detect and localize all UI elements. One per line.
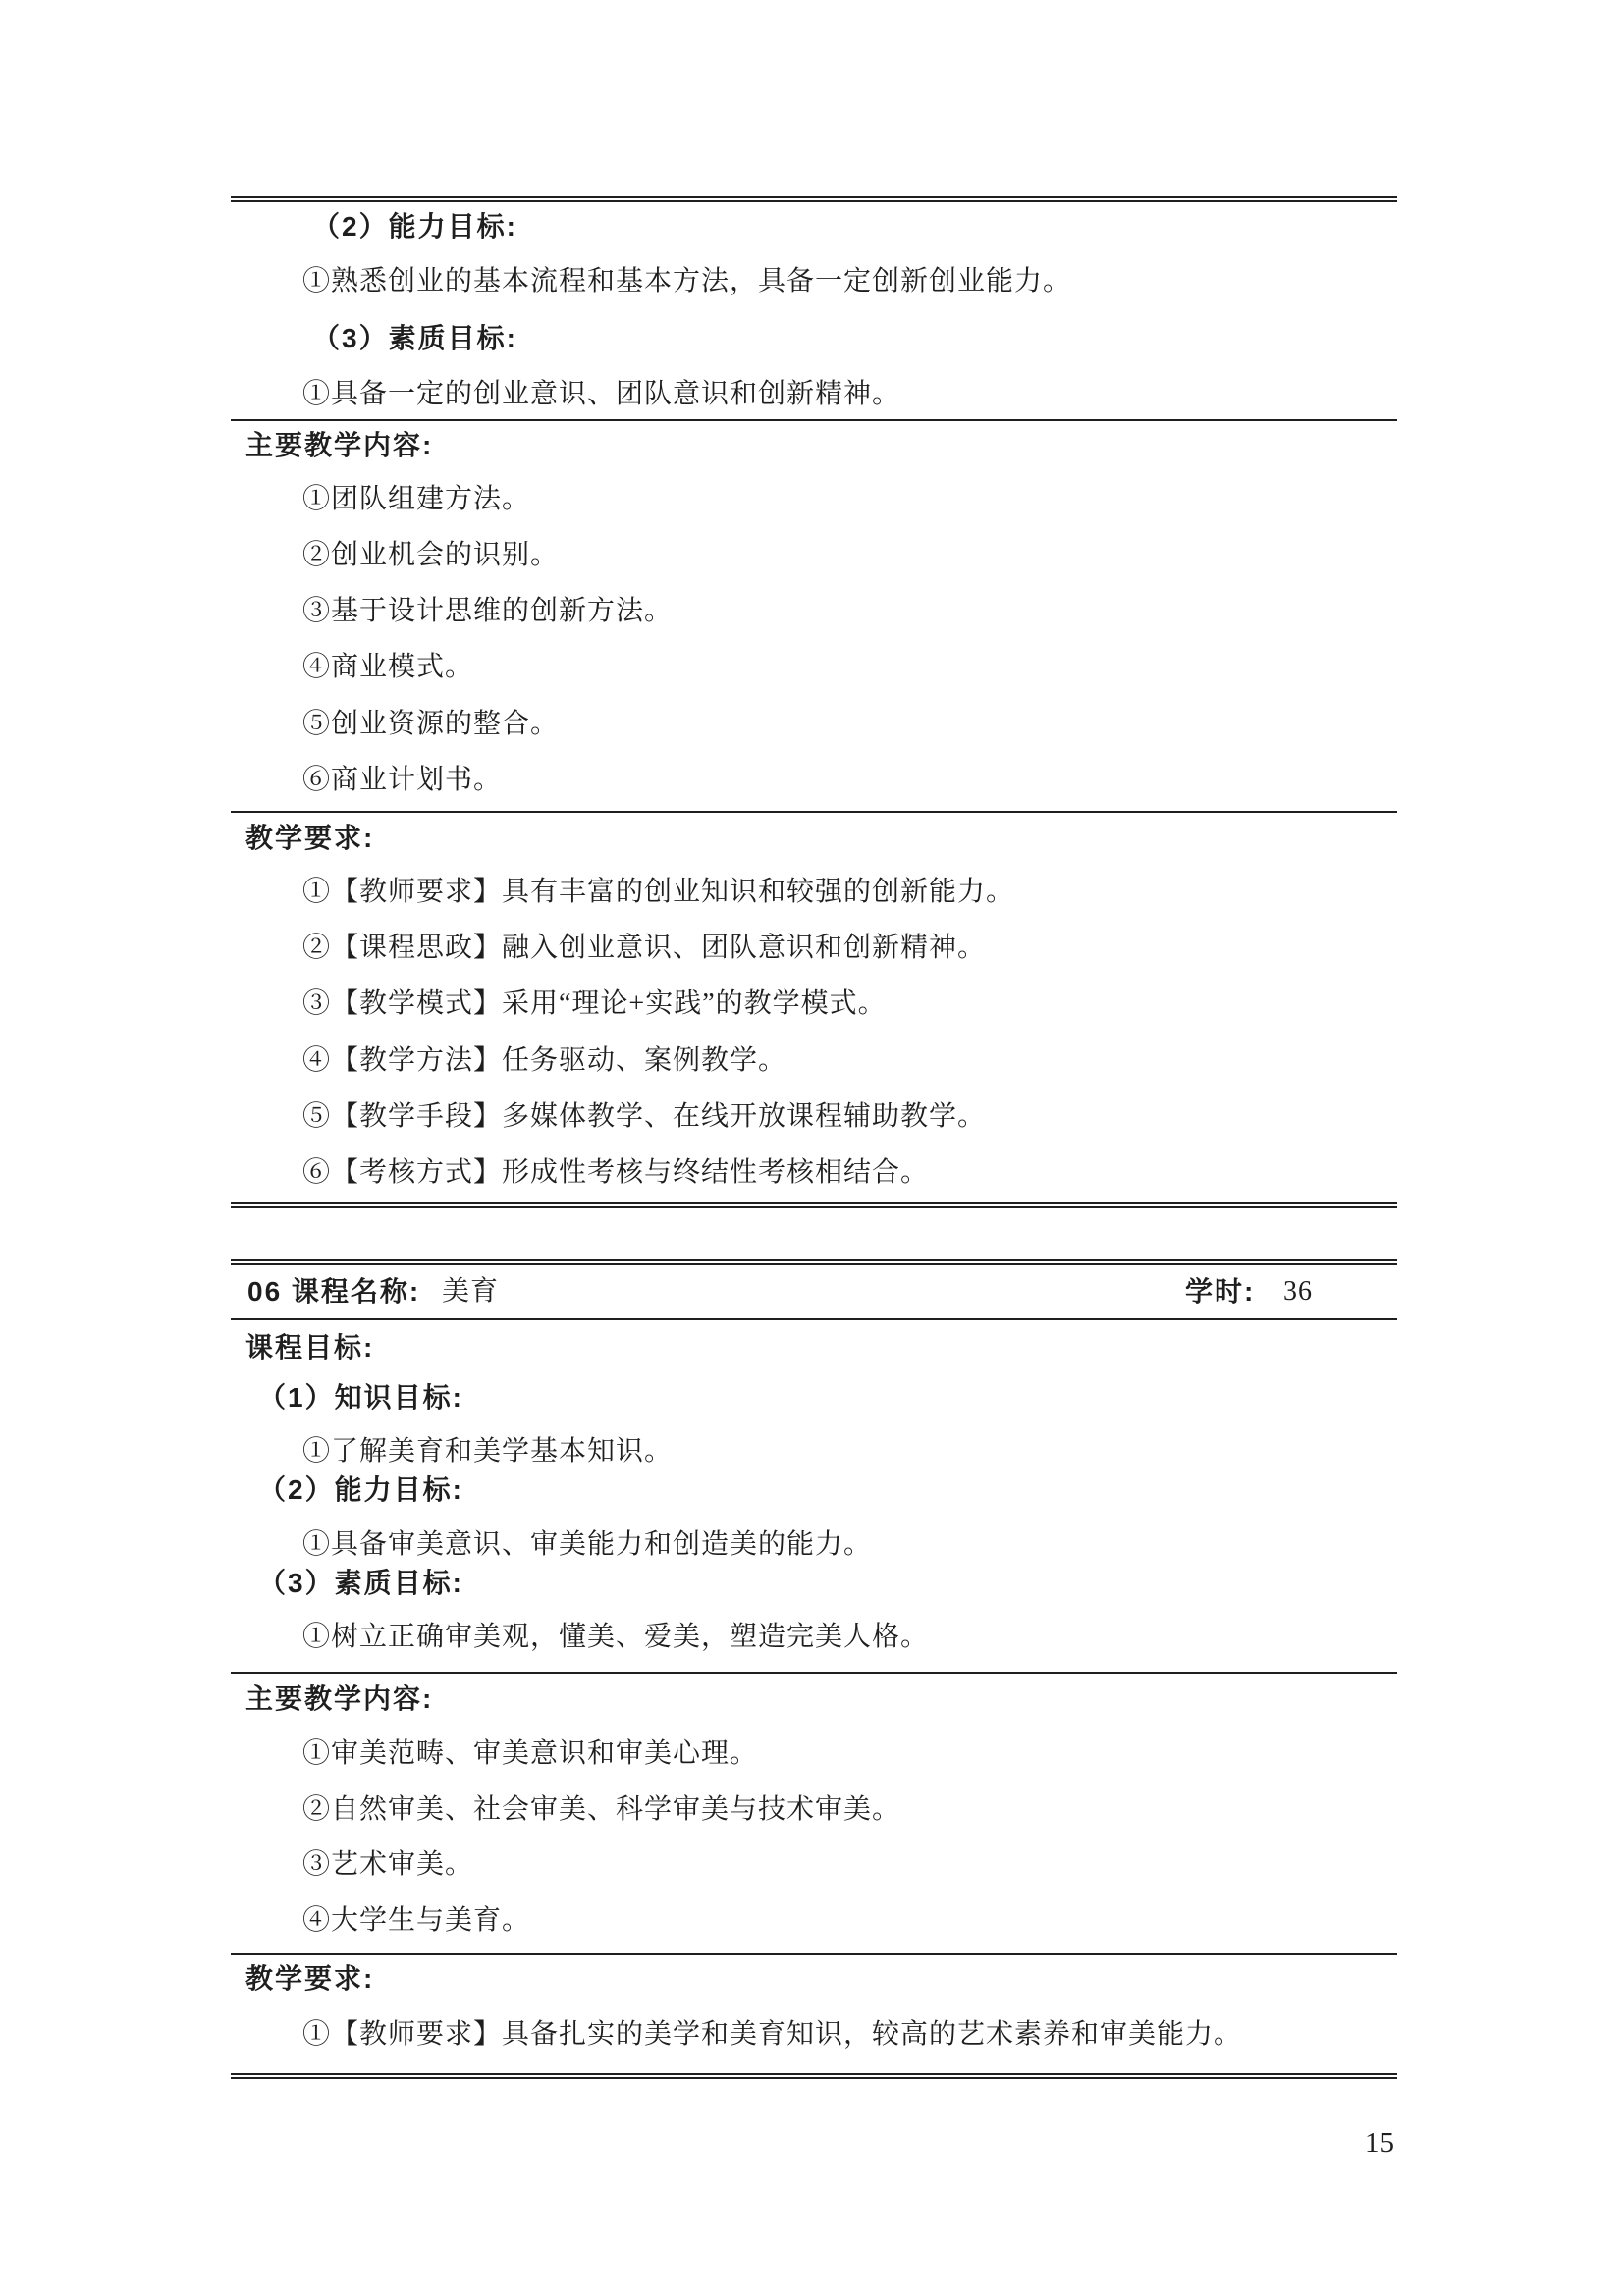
course-name-value: 美育 bbox=[442, 1265, 499, 1318]
teaching-requirement-item: ①【教师要求】具备扎实的美学和美育知识，较高的艺术素养和审美能力。 bbox=[231, 2018, 1397, 2052]
ability-goal-item: ①具备审美意识、审美能力和创造美的能力。 bbox=[231, 1528, 1397, 1562]
knowledge-goals-subheader: （1）知识目标: bbox=[231, 1381, 1397, 1415]
teaching-content-item: ①团队组建方法。 bbox=[231, 483, 1397, 516]
teaching-content-item: ④商业模式。 bbox=[231, 651, 1397, 684]
quality-goal-item: ①树立正确审美观，懂美、爱美，塑造完美人格。 bbox=[231, 1621, 1397, 1654]
teaching-content-item: ③基于设计思维的创新方法。 bbox=[231, 595, 1397, 628]
teaching-content-item: ①审美范畴、审美意识和审美心理。 bbox=[231, 1737, 1397, 1771]
section-bottom-double-rule bbox=[231, 1202, 1397, 1208]
quality-goals-subheader: （3）素质目标: bbox=[231, 1567, 1397, 1600]
divider-rule bbox=[231, 419, 1397, 421]
teaching-content-item: ②创业机会的识别。 bbox=[231, 539, 1397, 572]
ability-goal-item: ①熟悉创业的基本流程和基本方法，具备一定创新创业能力。 bbox=[231, 265, 1397, 298]
teaching-requirement-item: ②【课程思政】融入创业意识、团队意识和创新精神。 bbox=[231, 932, 1397, 965]
course-number-label: 06 课程名称: bbox=[247, 1265, 420, 1318]
teaching-requirement-item: ①【教师要求】具有丰富的创业知识和较强的创新能力。 bbox=[231, 876, 1397, 909]
divider-rule bbox=[231, 811, 1397, 813]
course-objectives-header: 课程目标: bbox=[231, 1331, 1397, 1364]
course-header-row: 06 课程名称: 美育 学时: 36 bbox=[231, 1265, 1397, 1318]
teaching-content-item: ⑥商业计划书。 bbox=[231, 764, 1397, 797]
quality-goal-item: ①具备一定的创业意识、团队意识和创新精神。 bbox=[231, 378, 1397, 411]
teaching-content-item: ②自然审美、社会审美、科学审美与技术审美。 bbox=[231, 1793, 1397, 1827]
divider-rule bbox=[231, 1672, 1397, 1674]
teaching-requirement-item: ③【教学模式】采用“理论+实践”的教学模式。 bbox=[231, 988, 1397, 1021]
course-hours-label: 学时: bbox=[1185, 1265, 1255, 1318]
divider-rule bbox=[231, 1953, 1397, 1955]
document-page: （2）能力目标: ①熟悉创业的基本流程和基本方法，具备一定创新创业能力。 （3）… bbox=[0, 0, 1624, 2296]
divider-rule bbox=[231, 1318, 1397, 1320]
course-hours-value: 36 bbox=[1283, 1265, 1313, 1318]
teaching-requirement-item: ④【教学方法】任务驱动、案例教学。 bbox=[231, 1044, 1397, 1078]
ability-goals-subheader: （2）能力目标: bbox=[231, 210, 1397, 243]
teaching-content-item: ⑤创业资源的整合。 bbox=[231, 708, 1397, 741]
teaching-content-item: ③艺术审美。 bbox=[231, 1848, 1397, 1882]
teaching-content-header: 主要教学内容: bbox=[231, 429, 1397, 462]
course-06-section: 06 课程名称: 美育 学时: 36 课程目标: （1）知识目标: ①了解美育和… bbox=[231, 1259, 1397, 2079]
teaching-requirements-header: 教学要求: bbox=[231, 1962, 1397, 1996]
teaching-content-header: 主要教学内容: bbox=[231, 1682, 1397, 1716]
quality-goals-subheader: （3）素质目标: bbox=[231, 322, 1397, 355]
teaching-requirement-item: ⑥【考核方式】形成性考核与终结性考核相结合。 bbox=[231, 1156, 1397, 1190]
section-bottom-double-rule bbox=[231, 2073, 1397, 2079]
teaching-requirement-item: ⑤【教学手段】多媒体教学、在线开放课程辅助教学。 bbox=[231, 1100, 1397, 1134]
knowledge-goal-item: ①了解美育和美学基本知识。 bbox=[231, 1435, 1397, 1468]
teaching-requirements-header: 教学要求: bbox=[231, 822, 1397, 855]
section-top-double-rule bbox=[231, 196, 1397, 202]
page-number: 15 bbox=[1365, 2127, 1395, 2159]
ability-goals-subheader: （2）能力目标: bbox=[231, 1473, 1397, 1507]
teaching-content-item: ④大学生与美育。 bbox=[231, 1904, 1397, 1938]
course-05-section: （2）能力目标: ①熟悉创业的基本流程和基本方法，具备一定创新创业能力。 （3）… bbox=[231, 196, 1397, 1208]
